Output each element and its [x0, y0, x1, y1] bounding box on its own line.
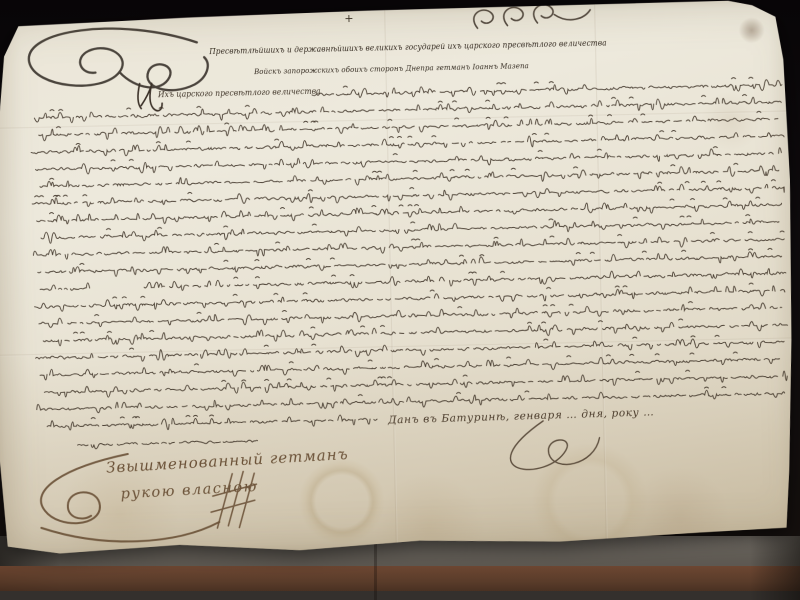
handwritten-line — [78, 440, 258, 449]
handwritten-line — [144, 265, 786, 293]
table-shadow-band — [0, 591, 800, 600]
date-paraph-flourish — [510, 420, 601, 470]
handwritten-line — [40, 162, 779, 192]
table-edge-stripe — [0, 566, 800, 592]
invocation-cross: + — [344, 12, 354, 25]
handwritten-line — [37, 385, 785, 415]
handwritten-body-lines — [30, 77, 791, 450]
manuscript-page: + Пресвѣтлѣйшихъ и державнѣйшихъ великих… — [0, 0, 800, 557]
calligraphic-flourish-top-left — [28, 26, 208, 93]
handwritten-line — [312, 77, 782, 101]
header-curls — [473, 4, 590, 29]
handwritten-line — [40, 351, 780, 381]
handwritten-line — [41, 214, 779, 244]
handwritten-line — [40, 283, 90, 291]
handwritten-line — [47, 411, 377, 432]
handwritten-line — [33, 231, 784, 261]
photo-of-manuscript: + Пресвѣтлѣйшихъ и державнѣйшихъ великих… — [0, 0, 800, 600]
handwritten-line — [44, 368, 787, 398]
paper-sheet: + Пресвѣтлѣйшихъ и державнѣйшихъ великих… — [0, 0, 800, 557]
